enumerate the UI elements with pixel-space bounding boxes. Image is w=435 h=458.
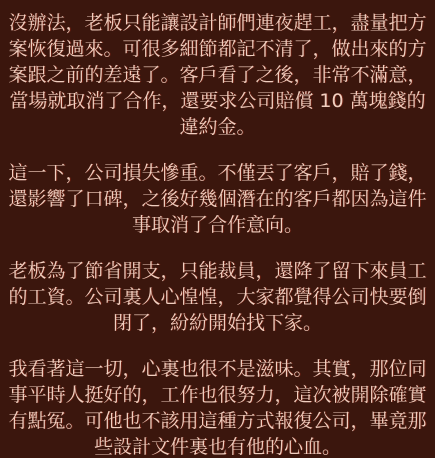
reader-page: 沒辦法，老板只能讓設計師們連夜趕工，盡量把方案恢復過來。可很多細節都記不清了，做… <box>0 0 435 458</box>
story-paragraph: 我看著這一切，心裏也很不是滋味。其實，那位同事平時人挺好的，工作也很努力，這次被… <box>8 356 427 458</box>
story-paragraph: 老板為了節省開支，只能裁員，還降了留下來員工的工資。公司裏人心惶惶，大家都覺得公… <box>8 258 427 336</box>
story-paragraph: 沒辦法，老板只能讓設計師們連夜趕工，盡量把方案恢復過來。可很多細節都記不清了，做… <box>8 10 427 140</box>
story-paragraph: 這一下，公司損失慘重。不僅丟了客戶，賠了錢，還影響了口碑，之後好幾個潛在的客戶都… <box>8 160 427 238</box>
